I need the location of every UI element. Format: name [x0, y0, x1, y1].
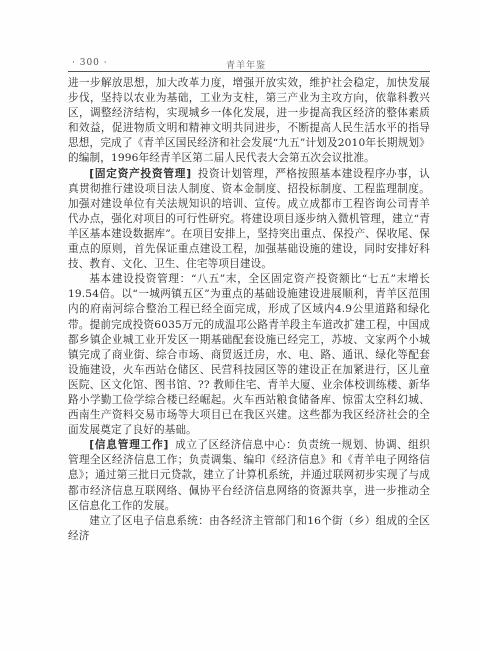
paragraph-development-plan: 进一步解放思想，加大改革力度，增强开放实效，维护社会稳定，加快发展步伐，坚持以农… — [68, 76, 430, 167]
paragraph-electronic-info-system: 建立了区电子信息系统：由各经济主管部门和16个街（乡）组成的全区经济 — [68, 514, 430, 544]
paragraph-text: 进一步解放思想，加大改革力度，增强开放实效，维护社会稳定，加快发展步伐，坚持以农… — [68, 77, 430, 164]
paragraph-text: 投资计划管理，严格按照基本建设程序办事，认真贯彻推行建设项目法人制度、资本金制度… — [68, 168, 430, 271]
paragraph-information-management: [信息管理工作]成立了区经济信息中心：负责统一规划、协调、组织管理全区经济信息工… — [68, 438, 430, 513]
paragraph-text: 基本建设投资管理：“八五”末，全区固定资产投资额比“七五”末增长19.54倍。以… — [68, 273, 430, 436]
page-number: · 300 · — [72, 58, 108, 68]
header-rule — [68, 71, 430, 72]
section-heading: [信息管理工作] — [89, 439, 169, 451]
page-header: · 300 · 青羊年鉴 — [68, 56, 430, 72]
paragraph-fixed-asset-investment: [固定资产投资管理]投资计划管理，严格按照基本建设程序办事，认真贯彻推行建设项目… — [68, 167, 430, 273]
running-title: 青羊年鉴 — [226, 58, 266, 71]
paragraph-capital-construction: 基本建设投资管理：“八五”末，全区固定资产投资额比“七五”末增长19.54倍。以… — [68, 272, 430, 438]
body-text: 进一步解放思想，加大改革力度，增强开放实效，维护社会稳定，加快发展步伐，坚持以农… — [68, 76, 430, 544]
section-heading: [固定资产投资管理] — [89, 168, 191, 180]
paragraph-text: 建立了区电子信息系统：由各经济主管部门和16个街（乡）组成的全区经济 — [68, 515, 430, 542]
